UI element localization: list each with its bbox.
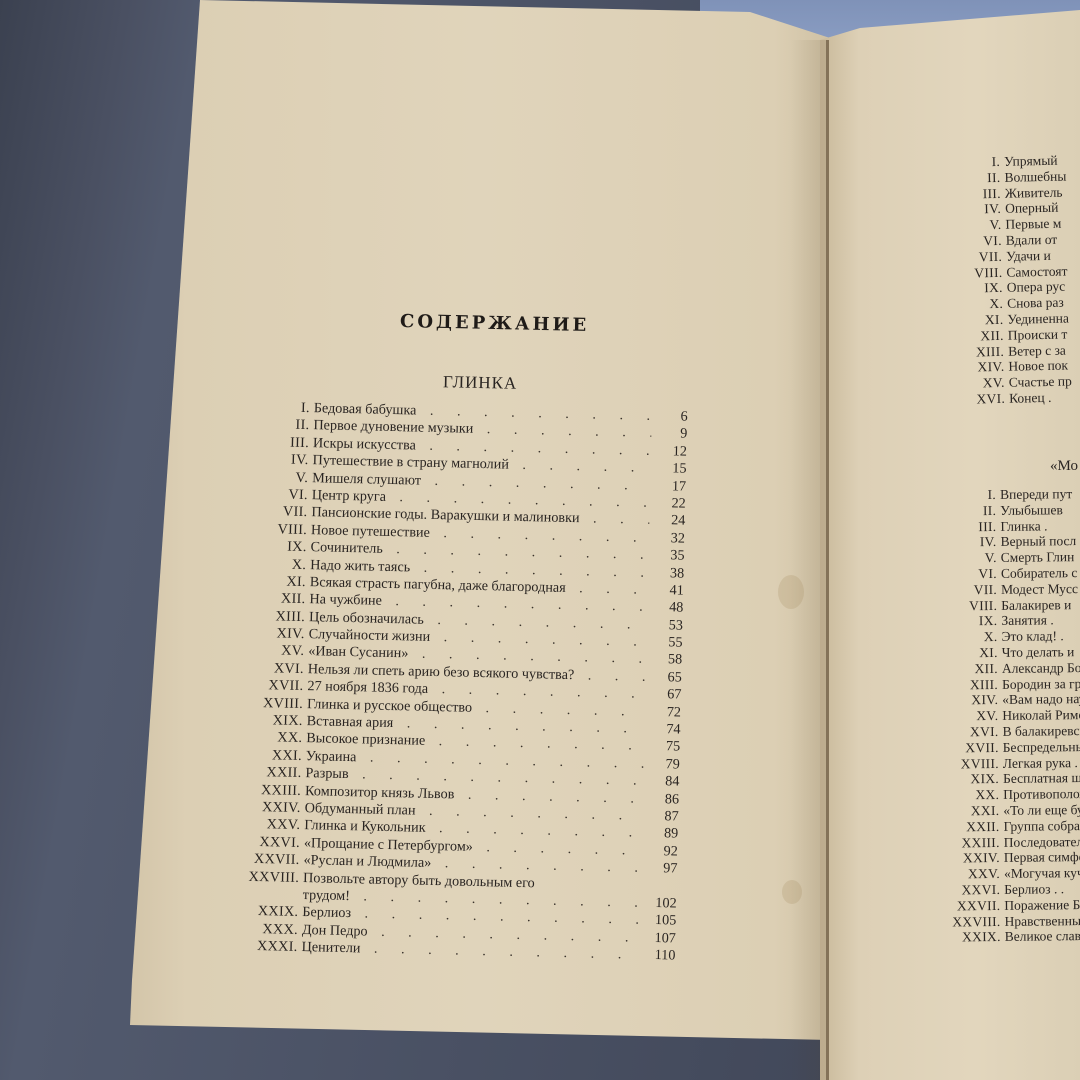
toc-entry: VIII.Балакирев и — [897, 596, 1080, 614]
toc-entry: VI.Собиратель с — [897, 565, 1080, 583]
toc-entry-title: Александр Бо — [1002, 660, 1080, 677]
toc-entry-title: В балакиревск — [1002, 723, 1080, 740]
toc-entry-title: Это клад! . — [1001, 628, 1080, 645]
toc-entry-page: 17 — [650, 477, 686, 495]
toc-entry-number: XXII. — [899, 819, 1003, 836]
toc-entry-page: 41 — [648, 582, 684, 600]
toc-entry-title: Бесплатная шк — [1003, 770, 1080, 787]
toc-entry-number: VIII. — [215, 520, 311, 540]
toc-entry-page: 97 — [641, 860, 677, 878]
toc-entry-title: «Могучая кучка — [1004, 865, 1080, 882]
toc-entry-number: XVI. — [898, 724, 1002, 741]
toc-list-right-bottom: I.Впереди путII.УлыбышевIII.Глинка .IV.В… — [896, 486, 1080, 946]
toc-entry-number: XXIII. — [900, 834, 1004, 851]
toc-entry-title: Противоположн — [1003, 786, 1080, 803]
toc-entry-number: VII. — [897, 582, 1001, 599]
toc-entry-number: X. — [897, 629, 1001, 646]
toc-entry-title: Новое пок — [1008, 357, 1080, 375]
toc-entry-number: V. — [897, 550, 1001, 567]
toc-entry-number: XX. — [210, 728, 306, 748]
toc-entry-number: XVIII. — [899, 755, 1003, 772]
toc-entry-title: Самостоят — [1006, 262, 1080, 280]
toc-entry-title: Занятия . — [1001, 612, 1080, 629]
toc-entry-title: Собиратель с — [1001, 565, 1080, 582]
toc-entry-number: XV. — [212, 641, 308, 661]
toc-entry-page: 89 — [642, 825, 678, 843]
toc-entry-page: 75 — [644, 738, 680, 756]
toc-entry-number: VIII. — [897, 597, 1001, 614]
toc-entry: XXV.«Могучая кучка — [900, 865, 1080, 883]
toc-entry-number: XXVII. — [207, 850, 303, 870]
toc-entry: XIV.«Вам надо нау — [898, 691, 1080, 709]
toc-entry: XIII.Бородин за гр — [898, 675, 1080, 693]
toc-entry-number: XXIX. — [206, 902, 302, 922]
toc-entry-page: 58 — [646, 651, 682, 669]
paper-stain — [782, 880, 802, 904]
toc-entry-number: XXVII. — [900, 898, 1004, 915]
toc-entry-page: 79 — [644, 756, 680, 774]
toc-entry-page: 110 — [639, 947, 675, 965]
toc-entry: XVIII.Легкая рука . — [899, 754, 1080, 772]
toc-entry-title: Группа собрала — [1003, 818, 1080, 835]
toc-entry-page: 86 — [643, 790, 679, 808]
toc-entry: VII.Модест Мусс — [897, 581, 1080, 599]
toc-entry-page: 72 — [645, 703, 681, 721]
toc-entry-number: XIII. — [213, 607, 309, 627]
toc-entry-title: Улыбышев — [1000, 502, 1080, 519]
toc-entry-number: II. — [896, 503, 1000, 520]
toc-entry-title: Глинка . — [1000, 517, 1080, 534]
toc-entry: XXII.Группа собрала — [899, 818, 1080, 836]
toc-entry-title: Верный посл — [1000, 533, 1080, 550]
toc-entry: XI.Что делать и — [898, 644, 1080, 662]
toc-entry-number: X. — [214, 554, 310, 574]
toc-entry-number: XII. — [898, 661, 1002, 678]
toc-entry-number: II. — [217, 415, 313, 435]
toc-entry: XXIX.Великое славлен — [901, 928, 1080, 946]
toc-entry-page: 6 — [651, 408, 687, 426]
toc-entry: X.Это клад! . — [897, 628, 1080, 646]
toc-entry-number: XXI. — [899, 803, 1003, 820]
toc-entry-page: 87 — [642, 808, 678, 826]
toc-entry-page: 67 — [645, 686, 681, 704]
toc-entry-title: Великое славлен — [1005, 928, 1080, 945]
toc-entry-title: Происки т — [1008, 326, 1080, 344]
toc-entry-page — [641, 877, 677, 895]
toc-entry-number: IX. — [897, 613, 1001, 630]
toc-entry-number: XXVI. — [900, 882, 1004, 899]
toc-entry: IV.Верный посл — [896, 533, 1080, 551]
toc-entry: XXIII.Последователь — [900, 833, 1080, 851]
toc-entry-number: XXI. — [210, 746, 306, 766]
toc-entry-number: XVII. — [211, 676, 307, 696]
toc-entry-title: Поражение Бала — [1004, 897, 1080, 914]
toc-entry-page: 53 — [647, 616, 683, 634]
toc-entry: XXVIII.Нравственный кр — [900, 912, 1080, 930]
toc-entry-title: «То ли еще бу — [1003, 802, 1080, 819]
toc-entry-number: VI. — [897, 566, 1001, 583]
toc-entry-title: Уединенна — [1007, 310, 1080, 328]
toc-entry-number: XV. — [898, 708, 1002, 725]
toc-entry-page: 38 — [648, 564, 684, 582]
toc-entry-number — [207, 885, 303, 905]
toc-entry-title: Николай Римс — [1002, 707, 1080, 724]
toc-entry-number: XXV. — [208, 815, 304, 835]
toc-entry-number: XXX. — [206, 920, 302, 940]
toc-entry-title: Удачи и — [1006, 247, 1080, 265]
toc-entry-page: 12 — [651, 443, 687, 461]
toc-entry-page: 32 — [649, 530, 685, 548]
spine-shadow — [790, 40, 826, 1080]
toc-entry-number: IV. — [896, 534, 1000, 551]
toc-entry-title: Легкая рука . — [1003, 754, 1080, 771]
paper-stain — [778, 575, 804, 609]
page-title: СОДЕРЖАНИЕ — [400, 311, 590, 336]
toc-entry-title: Берлиоз . . — [1004, 881, 1080, 898]
toc-entry-page: 55 — [646, 634, 682, 652]
toc-entry-title: Модест Мусс — [1001, 581, 1080, 598]
toc-entry-number: III. — [896, 519, 1000, 536]
toc-entry-number: XXIII. — [209, 780, 305, 800]
toc-entry-title: Последователь — [1004, 833, 1080, 850]
toc-entry-number: XXVI. — [208, 833, 304, 853]
toc-entry-title: Оперный — [1005, 199, 1080, 217]
toc-entry-number: XIV. — [212, 624, 308, 644]
toc-entry-title: Опера рус — [1007, 278, 1080, 296]
toc-entry-title: Вдали от — [1006, 231, 1080, 249]
toc-entry-title: Конец . — [1009, 389, 1080, 407]
toc-entry-number: XIII. — [898, 676, 1002, 693]
toc-entry-title: Снова раз — [1007, 294, 1080, 312]
toc-entry-title: Живитель — [1005, 183, 1080, 201]
toc-entry-title: Ветер с за — [1008, 341, 1080, 359]
toc-entry-page: 74 — [644, 721, 680, 739]
toc-entry: V.Смерть Глин — [897, 549, 1080, 567]
toc-entry-number: XIX. — [899, 771, 1003, 788]
toc-entry-number: XXIV. — [209, 798, 305, 818]
toc-list-right-top: I.УпрямыйII.ВолшебныIII.ЖивительIV.Оперн… — [900, 152, 1080, 409]
toc-entry-title: Бородин за гр — [1002, 675, 1080, 692]
toc-entry-title: Что делать и — [1002, 644, 1080, 661]
toc-entry-number: V. — [216, 468, 312, 488]
toc-entry: XX.Противоположн — [899, 786, 1080, 804]
toc-entry-number: XXVIII. — [207, 867, 303, 887]
toc-entry-title: Первая симфони — [1004, 849, 1080, 866]
toc-entry: IX.Занятия . — [897, 612, 1080, 630]
toc-entry-number: I. — [218, 398, 314, 418]
toc-entry-page: 35 — [648, 547, 684, 565]
toc-entry-number: XVI. — [905, 391, 1009, 409]
toc-entry-title: Нравственный кр — [1004, 912, 1080, 929]
toc-entry: III.Глинка . — [896, 517, 1080, 535]
toc-entry-page: 9 — [651, 425, 687, 443]
toc-entry-number: IV. — [216, 450, 312, 470]
toc-entry-page: 84 — [643, 773, 679, 791]
section-title-right: «Мо — [1050, 458, 1078, 475]
toc-entry-number: XII. — [213, 589, 309, 609]
toc-entry-title: Счастье пр — [1009, 373, 1080, 391]
toc-entry-number: XXVIII. — [900, 913, 1004, 930]
toc-entry-number: VI. — [216, 485, 312, 505]
toc-entry-page: 102 — [640, 895, 676, 913]
toc-entry-title: Первые м — [1005, 215, 1080, 233]
toc-entry-page: 15 — [650, 460, 686, 478]
toc-entry-number: XIV. — [898, 692, 1002, 709]
toc-entry-number: XVI. — [212, 659, 308, 679]
toc-entry-title: «Вам надо нау — [1002, 691, 1080, 708]
toc-entry-number: XVII. — [899, 740, 1003, 757]
toc-entry-number: XX. — [899, 787, 1003, 804]
toc-entry-page: 105 — [640, 912, 676, 930]
toc-entry: XXVI.Берлиоз . . — [900, 881, 1080, 899]
toc-entry-page: 48 — [647, 599, 683, 617]
book-spine — [826, 40, 829, 1080]
toc-entry: XIX.Бесплатная шк — [899, 770, 1080, 788]
toc-entry-page: 107 — [640, 929, 676, 947]
section-title-glinka: ГЛИНКА — [443, 372, 518, 394]
toc-entry: XV.Николай Римс — [898, 707, 1080, 725]
toc-entry-number: VII. — [215, 502, 311, 522]
toc-entry-page: 24 — [649, 512, 685, 530]
toc-entry: XXVII.Поражение Бала — [900, 897, 1080, 915]
toc-entry-number: XIX. — [211, 711, 307, 731]
toc-entry: XII.Александр Бо — [898, 660, 1080, 678]
toc-entry: II.Улыбышев — [896, 502, 1080, 520]
toc-entry-page: 22 — [650, 495, 686, 513]
toc-entry-page: 65 — [646, 669, 682, 687]
toc-entry-title: Беспредельный — [1003, 739, 1080, 756]
toc-entry-number: XI. — [214, 572, 310, 592]
toc-entry: XVII.Беспредельный — [899, 739, 1080, 757]
toc-entry: XVI.В балакиревск — [898, 723, 1080, 741]
toc-entry: I.Впереди пут — [896, 486, 1080, 504]
toc-entry-number: XXXI. — [205, 937, 301, 957]
toc-entry-number: XXV. — [900, 866, 1004, 883]
toc-entry-title: Балакирев и — [1001, 596, 1080, 613]
toc-entry-title: Волшебны — [1004, 168, 1080, 186]
toc-entry-number: XVIII. — [211, 694, 307, 714]
toc-entry-page: 92 — [642, 843, 678, 861]
toc-entry-title: Упрямый — [1004, 152, 1080, 170]
toc-entry-number: I. — [896, 487, 1000, 504]
toc-entry: XXI.«То ли еще бу — [899, 802, 1080, 820]
toc-entry-number: IX. — [214, 537, 310, 557]
toc-entry-title: Впереди пут — [1000, 486, 1080, 503]
toc-entry-title: Смерть Глин — [1001, 549, 1080, 566]
toc-entry-number: XI. — [898, 645, 1002, 662]
toc-list-left: I.Бедовая бабушка6II.Первое дуновение му… — [205, 398, 688, 965]
toc-entry-number: XXIX. — [901, 929, 1005, 946]
toc-entry: XXIV.Первая симфони — [900, 849, 1080, 867]
toc-entry-number: XXII. — [209, 763, 305, 783]
toc-entry-number: III. — [217, 433, 313, 453]
toc-entry-number: XXIV. — [900, 850, 1004, 867]
